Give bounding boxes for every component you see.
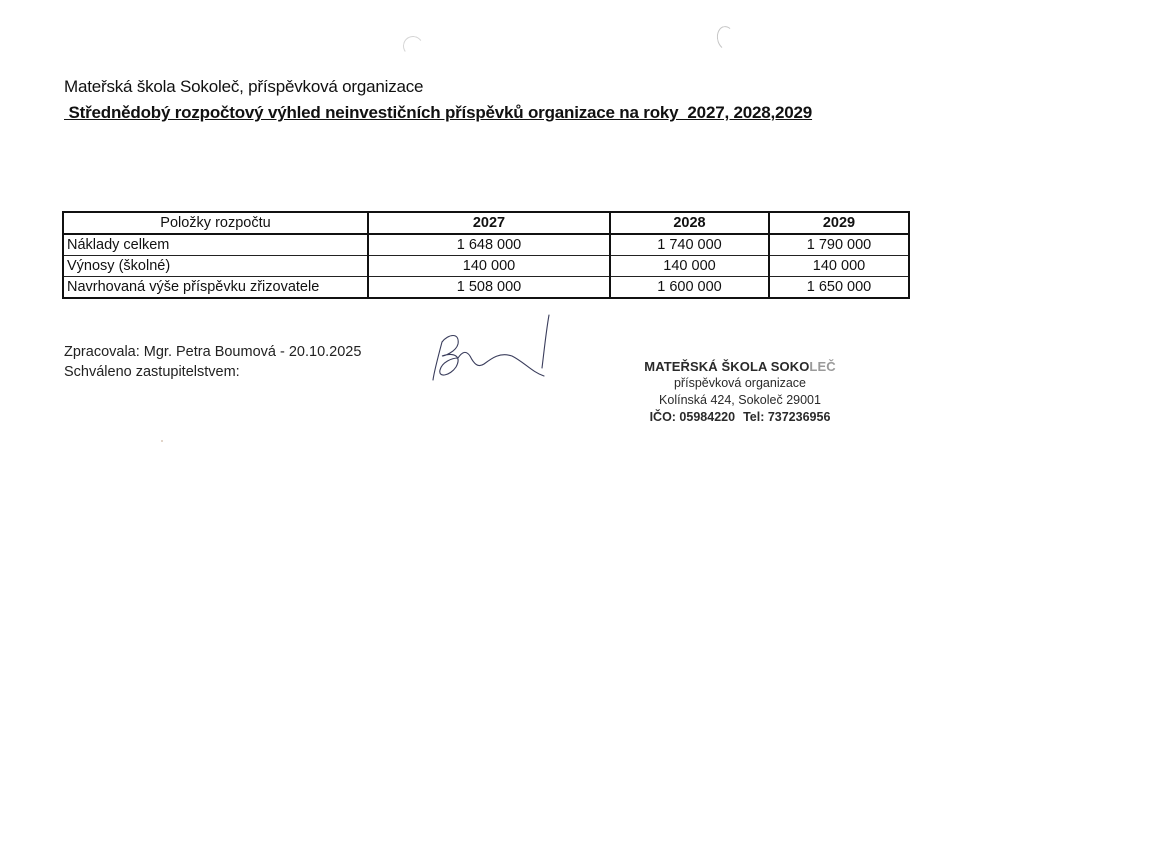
- stamp-organization-name: MATEŘSKÁ ŠKOLA SOKOLEČ: [640, 358, 840, 375]
- budget-table: Položky rozpočtu 2027 2028 2029 Náklady …: [62, 211, 910, 299]
- cell-value: 1 648 000: [368, 234, 610, 256]
- table-row: Náklady celkem 1 648 000 1 740 000 1 790…: [63, 234, 909, 256]
- stamp-ico: IČO: 05984220: [650, 410, 735, 424]
- scan-artifact: [715, 25, 737, 52]
- cell-value: 1 508 000: [368, 277, 610, 299]
- footer-notes: Zpracovala: Mgr. Petra Boumová - 20.10.2…: [64, 342, 361, 382]
- table-row: Výnosy (školné) 140 000 140 000 140 000: [63, 256, 909, 277]
- handwritten-signature-icon: [428, 312, 558, 387]
- table-header-row: Položky rozpočtu 2027 2028 2029: [63, 212, 909, 234]
- stamp-tel: Tel: 737236956: [743, 410, 830, 424]
- stamp-ids: IČO: 05984220Tel: 737236956: [640, 409, 840, 426]
- approved-by: Schváleno zastupitelstvem:: [64, 362, 361, 382]
- row-label: Výnosy (školné): [63, 256, 368, 277]
- scan-artifact: [161, 440, 163, 442]
- cell-value: 140 000: [610, 256, 769, 277]
- row-label: Navrhovaná výše příspěvku zřizovatele: [63, 277, 368, 299]
- document-title: Střednědobý rozpočtový výhled neinvestič…: [64, 103, 812, 123]
- stamp-address: Kolínská 424, Sokoleč 29001: [640, 392, 840, 409]
- row-label: Náklady celkem: [63, 234, 368, 256]
- column-header-2028: 2028: [610, 212, 769, 234]
- organization-name: Mateřská škola Sokoleč, příspěvková orga…: [64, 77, 423, 97]
- table-row: Navrhovaná výše příspěvku zřizovatele 1 …: [63, 277, 909, 299]
- cell-value: 140 000: [769, 256, 909, 277]
- stamp-organization-type: příspěvková organizace: [640, 375, 840, 392]
- column-header-2027: 2027: [368, 212, 610, 234]
- prepared-by: Zpracovala: Mgr. Petra Boumová - 20.10.2…: [64, 342, 361, 362]
- organization-stamp: MATEŘSKÁ ŠKOLA SOKOLEČ příspěvková organ…: [640, 358, 840, 426]
- cell-value: 140 000: [368, 256, 610, 277]
- cell-value: 1 790 000: [769, 234, 909, 256]
- cell-value: 1 740 000: [610, 234, 769, 256]
- column-header-2029: 2029: [769, 212, 909, 234]
- cell-value: 1 600 000: [610, 277, 769, 299]
- scan-artifact: [401, 34, 424, 57]
- column-header-items: Položky rozpočtu: [63, 212, 368, 234]
- cell-value: 1 650 000: [769, 277, 909, 299]
